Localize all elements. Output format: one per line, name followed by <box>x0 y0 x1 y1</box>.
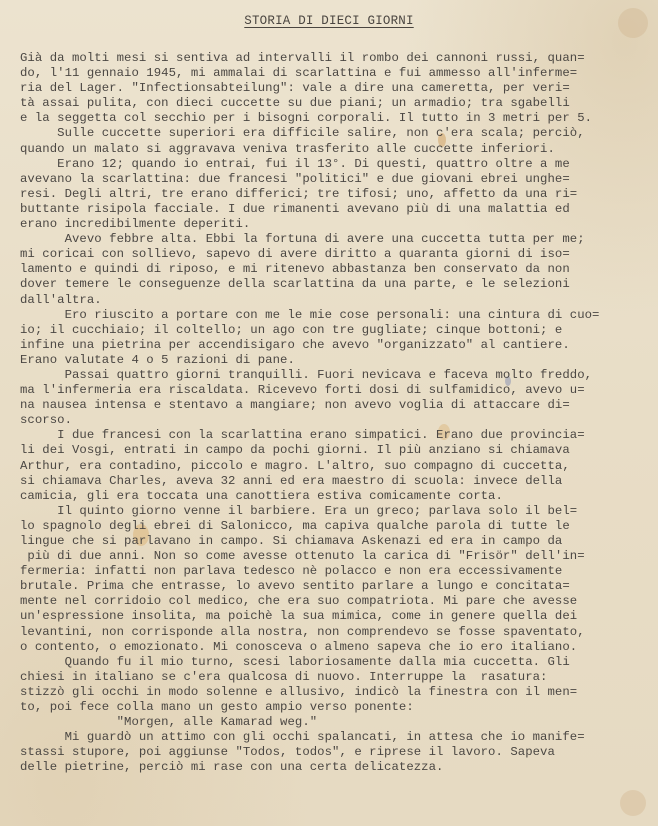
text-line: io; il cucchiaio; il coltello; un ago co… <box>20 323 650 338</box>
paper-stain <box>620 790 646 816</box>
text-line: scorso. <box>20 413 650 428</box>
text-line: Sulle cuccette superiori era difficile s… <box>20 126 650 141</box>
text-line: to, poi fece colla mano un gesto ampio v… <box>20 700 650 715</box>
text-line: I due francesi con la scarlattina erano … <box>20 428 650 443</box>
text-line: erano incredibilmente deperiti. <box>20 217 650 232</box>
text-line: lo spagnolo degli ebrei di Salonicco, ma… <box>20 519 650 534</box>
text-line: "Morgen, alle Kamarad weg." <box>20 715 650 730</box>
text-line: lingue che si parlavano in campo. Si chi… <box>20 534 650 549</box>
text-line: delle pietrine, perciò mi rase con una c… <box>20 760 650 775</box>
text-line: Erano 12; quando io entrai, fui il 13°. … <box>20 157 650 172</box>
text-line: più di due anni. Non so come avesse otte… <box>20 549 650 564</box>
text-line: stizzò gli occhi in modo solenne e allus… <box>20 685 650 700</box>
text-line: quando un malato si aggravava veniva tra… <box>20 142 650 157</box>
text-line: tà assai pulita, con dieci cuccette su d… <box>20 96 650 111</box>
text-line: dall'altra. <box>20 293 650 308</box>
document-title-text: STORIA DI DIECI GIORNI <box>244 14 413 28</box>
text-line: li dei Vosgi, entrati in campo da pochi … <box>20 443 650 458</box>
text-line: avevano la scarlattina: due francesi "po… <box>20 172 650 187</box>
text-line: ma l'infermeria era riscaldata. Ricevevo… <box>20 383 650 398</box>
text-line: stassi stupore, poi aggiunse "Todos, tod… <box>20 745 650 760</box>
text-line: Già da molti mesi si sentiva ad interval… <box>20 51 650 66</box>
text-line: fermeria: infatti non parlava tedesco nè… <box>20 564 650 579</box>
text-line: do, l'11 gennaio 1945, mi ammalai di sca… <box>20 66 650 81</box>
text-line: un'espressione insolita, ma poichè la su… <box>20 609 650 624</box>
text-line: na nausea intensa e stentavo a mangiare;… <box>20 398 650 413</box>
text-line: ria del Lager. "Infectionsabteilung": va… <box>20 81 650 96</box>
text-line: buttante risipola facciale. I due rimane… <box>20 202 650 217</box>
text-line: Il quinto giorno venne il barbiere. Era … <box>20 504 650 519</box>
document-title: STORIA DI DIECI GIORNI <box>0 14 658 28</box>
text-line: brutale. Prima che entrasse, lo avevo se… <box>20 579 650 594</box>
text-line: Arthur, era contadino, piccolo e magro. … <box>20 459 650 474</box>
text-line: Erano valutate 4 o 5 razioni di pane. <box>20 353 650 368</box>
text-line: levantini, non corrisponde alla nostra, … <box>20 625 650 640</box>
text-line: resi. Degli altri, tre erano differici; … <box>20 187 650 202</box>
text-line: dover temere le conseguenze della scarla… <box>20 277 650 292</box>
text-line: si chiamava Charles, aveva 32 anni ed er… <box>20 474 650 489</box>
text-line: Mi guardò un attimo con gli occhi spalan… <box>20 730 650 745</box>
text-line: e la seggetta col secchio per i bisogni … <box>20 111 650 126</box>
text-line: mente nel corridoio col medico, che era … <box>20 594 650 609</box>
text-line: Quando fu il mio turno, scesi laboriosam… <box>20 655 650 670</box>
typewritten-page: STORIA DI DIECI GIORNI Già da molti mesi… <box>0 0 658 826</box>
text-line: infine una pietrina per accendisigaro ch… <box>20 338 650 353</box>
text-line: lamento e quindi di riposo, e mi ritenev… <box>20 262 650 277</box>
document-body: Già da molti mesi si sentiva ad interval… <box>20 51 650 776</box>
text-line: camicia, gli era toccata una canottiera … <box>20 489 650 504</box>
text-line: chiesi in italiano se c'era qualcosa di … <box>20 670 650 685</box>
text-line: Ero riuscito a portare con me le mie cos… <box>20 308 650 323</box>
text-line: Avevo febbre alta. Ebbi la fortuna di av… <box>20 232 650 247</box>
text-line: Passai quattro giorni tranquilli. Fuori … <box>20 368 650 383</box>
text-line: o contento, o emozionato. Mi conosceva o… <box>20 640 650 655</box>
text-line: mi coricai con sollievo, sapevo di avere… <box>20 247 650 262</box>
